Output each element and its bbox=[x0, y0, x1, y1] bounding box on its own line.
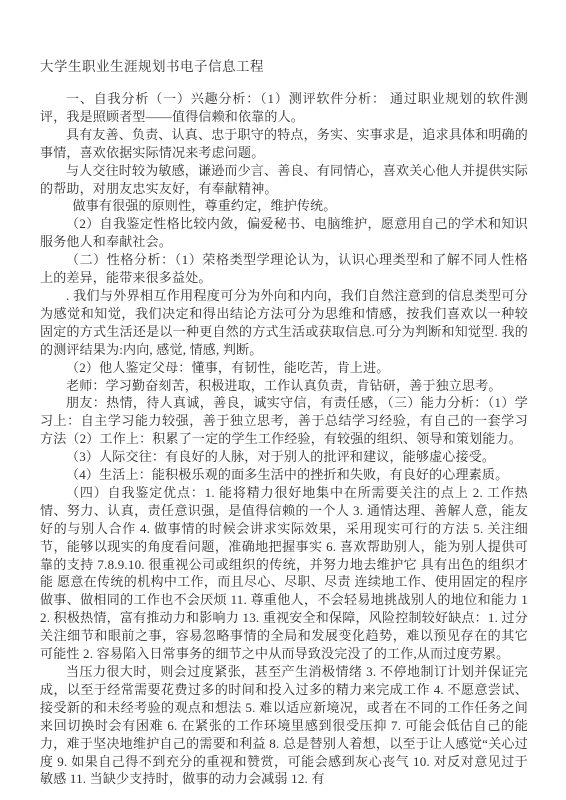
document-page: 大学生职业生涯规划书电子信息工程 一、自我分析（一）兴趣分析：（1）测评软件分析… bbox=[0, 0, 566, 800]
page-title: 大学生职业生涯规划书电子信息工程 bbox=[40, 58, 528, 76]
paragraph: 朋友：热情，待人真诚，善良，诚实守信，有责任感，（三）能力分析：（1）学习上：自… bbox=[40, 394, 528, 448]
paragraph: （2）他人鉴定父母：懂事，有韧性，能吃苦，肯上进。 bbox=[40, 359, 528, 377]
document-body: 一、自我分析（一）兴趣分析：（1）测评软件分析： 通过职业规划的软件测评，我是照… bbox=[40, 90, 528, 788]
paragraph: （2）自我鉴定性格比较内敛，偏爱秘书、电脑维护，愿意用自己的学术和知识服务他人和… bbox=[40, 215, 528, 251]
paragraph: 做事有很强的原则性，尊重约定，维护传统。 bbox=[40, 197, 528, 215]
paragraph: 与人交往时较为敏感，谦逊而少言、善良、有同情心，喜欢关心他人并提供实际的帮助，对… bbox=[40, 162, 528, 198]
paragraph: 当压力很大时，则会过度紧张，甚至产生消极情绪 3. 不停地制订计划并保证完成，以… bbox=[40, 663, 528, 788]
paragraph: （3）人际交往：有良好的人脉，对于别人的批评和建议，能够虚心接受。 bbox=[40, 448, 528, 466]
paragraph: 具有友善、负责、认真、忠于职守的特点，务实、实事求是，追求具体和明确的事情，喜欢… bbox=[40, 126, 528, 162]
paragraph: （二）性格分析：（1）荣格类型学理论认为，认识心理类型和了解不同人性格上的差异，… bbox=[40, 251, 528, 287]
paragraph: . 我们与外界相互作用程度可分为外向和内向，我们自然注意到的信息类型可分为感觉和… bbox=[40, 287, 528, 359]
paragraph: （4）生活上：能积极乐观的面多生活中的挫折和失败，有良好的心理素质。 bbox=[40, 466, 528, 484]
paragraph: 老师：学习勤奋刻苦，积极进取，工作认真负责，肯钻研，善于独立思考。 bbox=[40, 377, 528, 395]
paragraph: 一、自我分析（一）兴趣分析：（1）测评软件分析： 通过职业规划的软件测评，我是照… bbox=[40, 90, 528, 126]
paragraph: （四）自我鉴定优点：1. 能将精力很好地集中在所需要关注的点上 2. 工作热情、… bbox=[40, 484, 528, 663]
